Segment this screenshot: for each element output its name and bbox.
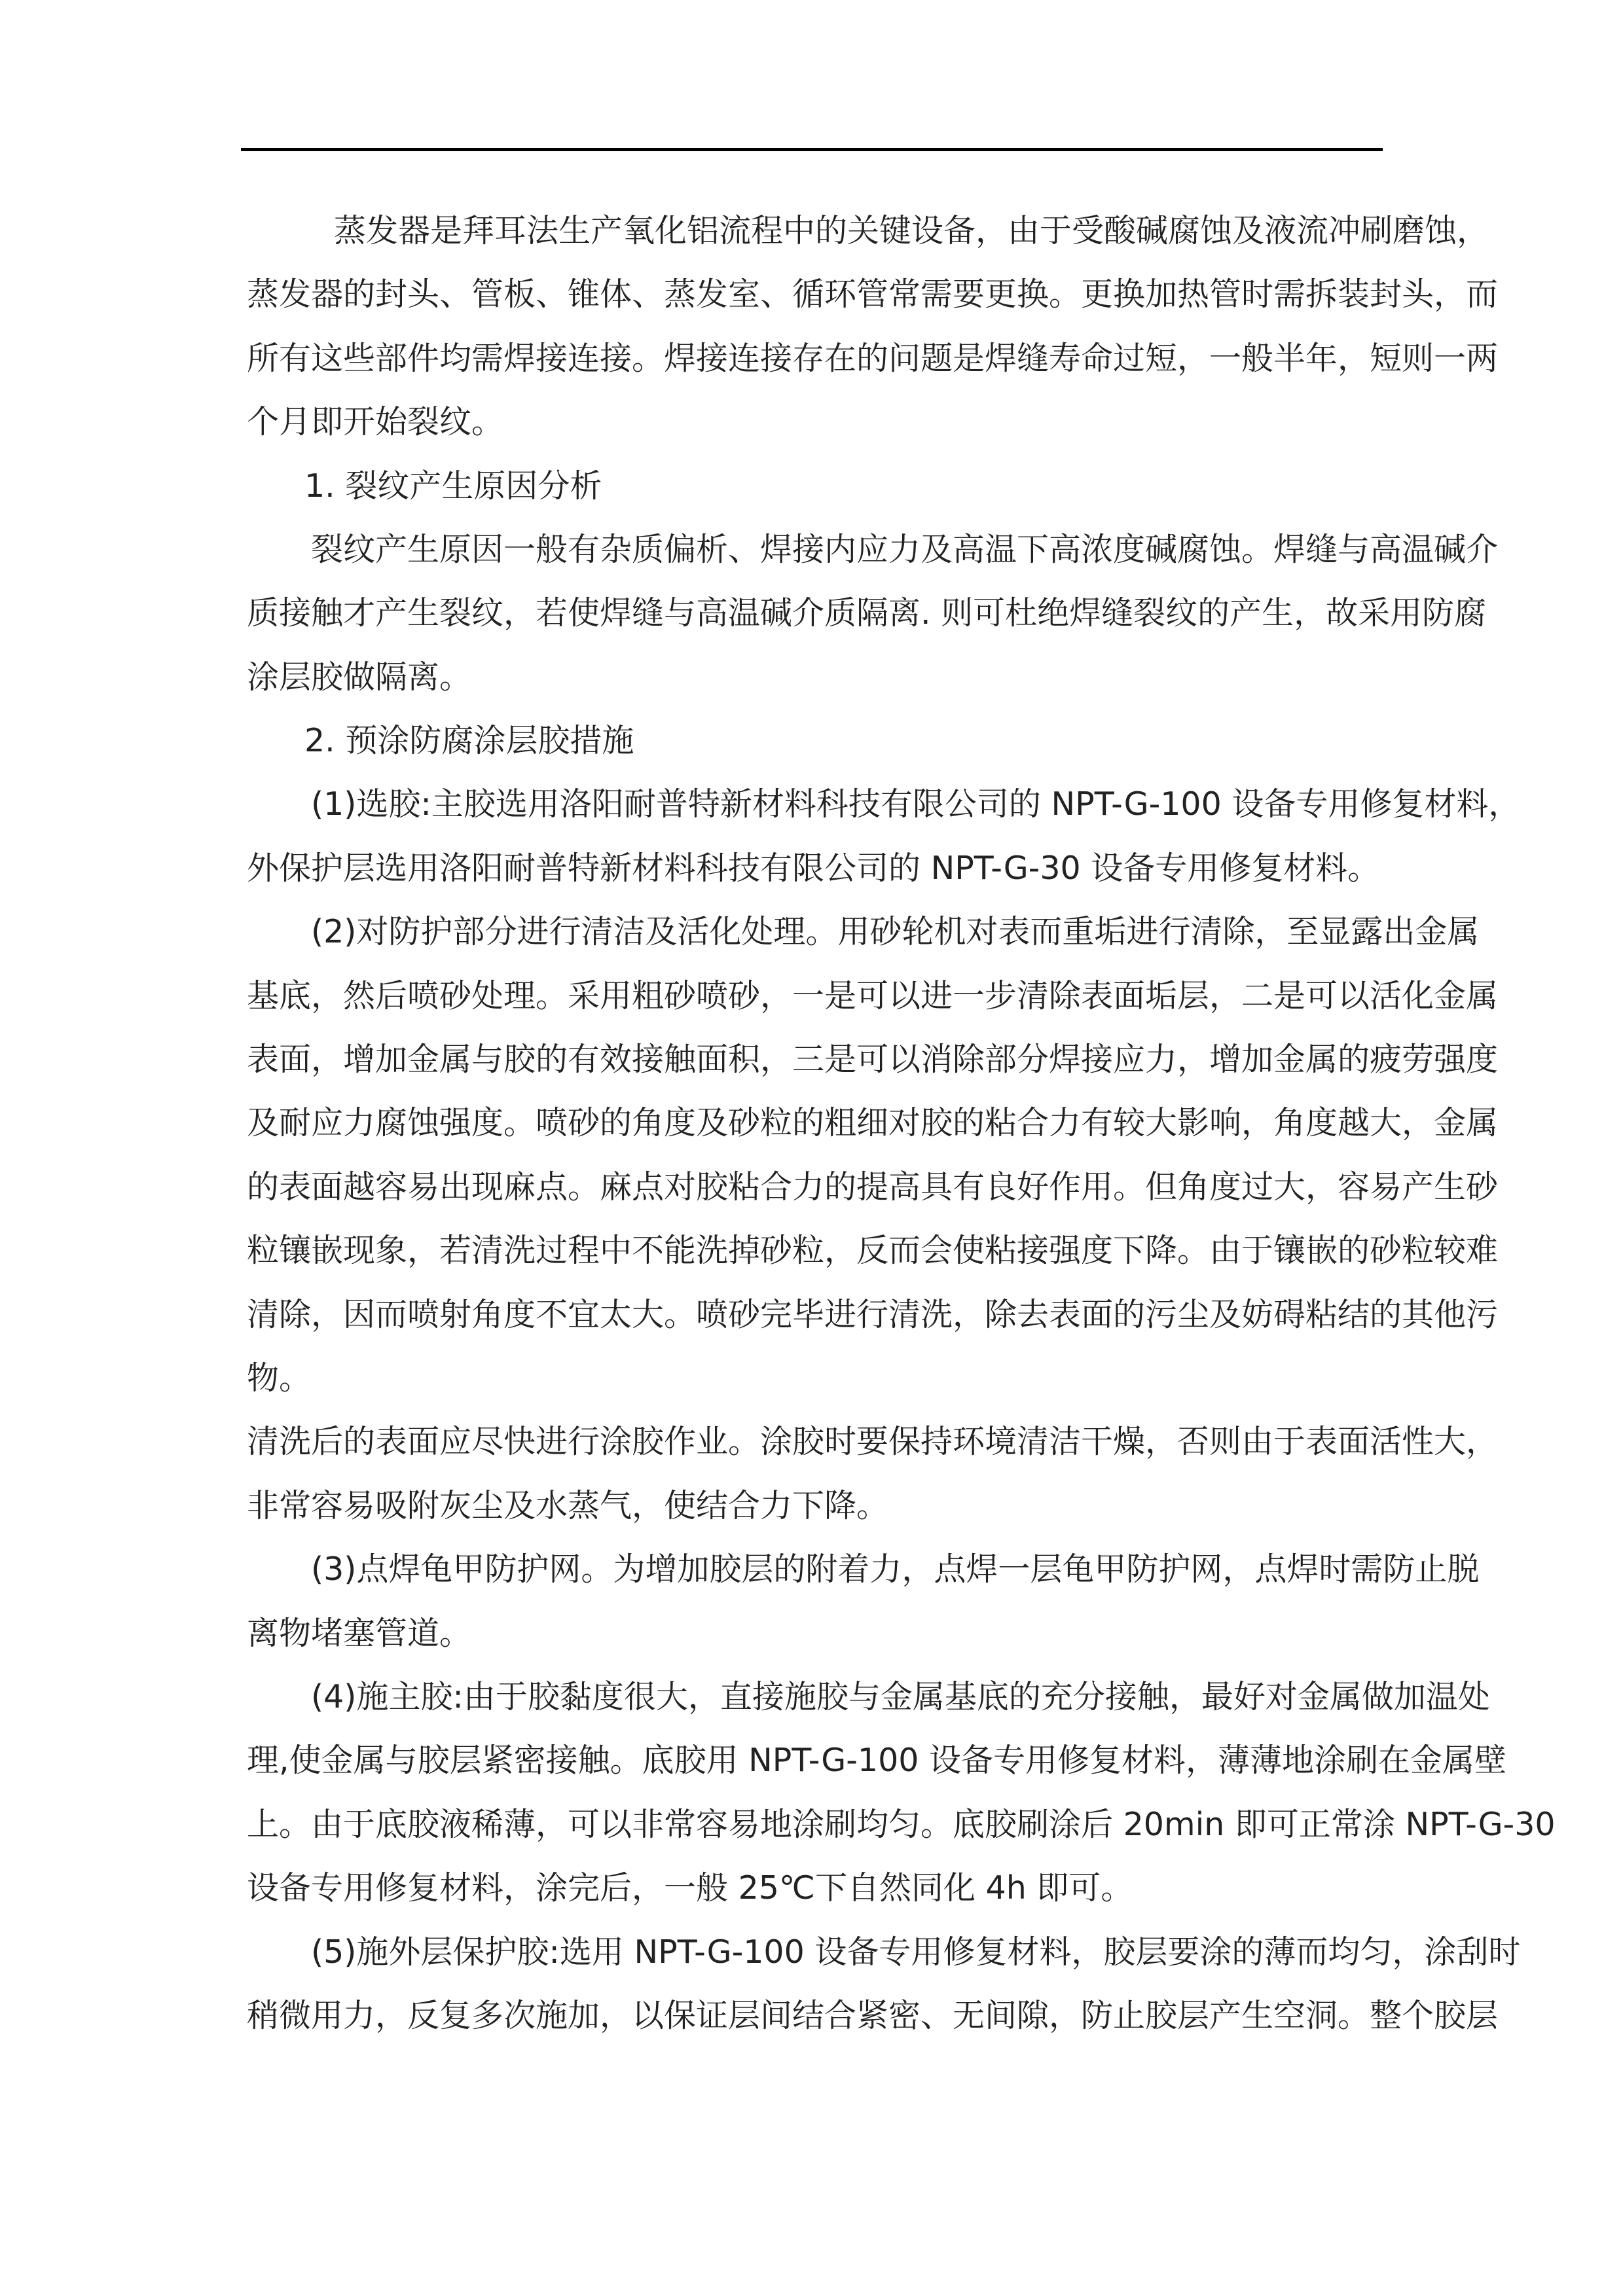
paragraph-step-2-line: (2)对防护部分进行清洁及活化处理。用砂轮机对表而重垢进行清除，至显露出金属 (311, 912, 1379, 952)
paragraph-step-2-line: 的表面越容易出现麻点。麻点对胶粘合力的提高具有良好作用。但角度过大，容易产生砂 (247, 1168, 1379, 1207)
paragraph-cause-line: 裂纹产生原因一般有杂质偏析、焊接内应力及高温下高浓度碱腐蚀。焊缝与高温碱介 (311, 530, 1379, 569)
paragraph-step-4-line: 设备专用修复材料，涂完后，一般 25℃下自然同化 4h 即可。 (247, 1869, 1379, 1908)
paragraph-cleaning-line: 清洗后的表面应尽快进行涂胶作业。涂胶时要保持环境清洁干燥，否则由于表面活性大， (247, 1422, 1379, 1462)
paragraph-step-2-line: 基底，然后喷砂处理。采用粗砂喷砂，一是可以进一步清除表面垢层，二是可以活化金属 (247, 977, 1379, 1016)
header-rule (241, 148, 1383, 151)
paragraph-step-4-line: 上。由于底胶液稀薄，可以非常容易地涂刷均匀。底胶刷涂后 20min 即可正常涂 … (247, 1805, 1379, 1844)
section-heading-1: 1. 裂纹产生原因分析 (304, 467, 1437, 506)
paragraph-intro-line: 个月即开始裂纹。 (247, 403, 1379, 442)
paragraph-step-1-line: (1)选胶:主胶选用洛阳耐普特新材料科技有限公司的 NPT-G-100 设备专用… (311, 785, 1379, 824)
paragraph-step-2-line: 粒镶嵌现象，若清洗过程中不能洗掉砂粒，反而会使粘接强度下降。由于镶嵌的砂粒较难 (247, 1231, 1379, 1270)
paragraph-cause-line: 涂层胶做隔离。 (247, 658, 1379, 697)
paragraph-intro-line: 蒸发器的封头、管板、锥体、蒸发室、循环管常需要更换。更换加热管时需拆装封头，而 (247, 275, 1379, 314)
paragraph-cleaning-line: 非常容易吸附灰尘及水蒸气，使结合力下降。 (247, 1486, 1379, 1526)
paragraph-step-1-line: 外保护层选用洛阳耐普特新材料科技有限公司的 NPT-G-30 设备专用修复材料。 (247, 849, 1379, 888)
paragraph-step-2-line: 物。 (247, 1359, 1379, 1398)
paragraph-step-5-line: (5)施外层保护胶:选用 NPT-G-100 设备专用修复材料，胶层要涂的薄而均… (311, 1933, 1379, 1972)
paragraph-step-4-line: (4)施主胶:由于胶黏度很大，直接施胶与金属基底的充分接触，最好对金属做加温处 (311, 1677, 1379, 1717)
paragraph-step-4-line: 理,使金属与胶层紧密接触。底胶用 NPT-G-100 设备专用修复材料，薄薄地涂… (247, 1741, 1379, 1780)
paragraph-step-2-line: 清除，因而喷射角度不宜太大。喷砂完毕进行清洗，除去表面的污尘及妨碍粘结的其他污 (247, 1295, 1379, 1335)
paragraph-step-5-line: 稍微用力，反复多次施加，以保证层间结合紧密、无间隙，防止胶层产生空洞。整个胶层 (247, 1996, 1379, 2036)
paragraph-step-2-line: 及耐应力腐蚀强度。喷砂的角度及砂粒的粗细对胶的粘合力有较大影响，角度越大，金属 (247, 1103, 1379, 1143)
paragraph-step-2-line: 表面，增加金属与胶的有效接触面积，三是可以消除部分焊接应力，增加金属的疲劳强度 (247, 1040, 1379, 1079)
paragraph-intro-line: 所有这些部件均需焊接连接。焊接连接存在的问题是焊缝寿命过短，一般半年，短则一两 (247, 339, 1379, 378)
paragraph-step-3-line: (3)点焊龟甲防护网。为增加胶层的附着力，点焊一层龟甲防护网，点焊时需防止脱 (311, 1550, 1379, 1589)
paragraph-intro-line: 蒸发器是拜耳法生产氧化铝流程中的关键设备，由于受酸碱腐蚀及液流冲刷磨蚀， (334, 211, 1379, 251)
section-heading-2: 2. 预涂防腐涂层胶措施 (304, 721, 1437, 761)
paragraph-cause-line: 质接触才产生裂纹，若使焊缝与高温碱介质隔离. 则可杜绝焊缝裂纹的产生，故采用防腐 (247, 594, 1379, 633)
document-page: 蒸发器是拜耳法生产氧化铝流程中的关键设备，由于受酸碱腐蚀及液流冲刷磨蚀， 蒸发器… (0, 0, 1623, 2296)
paragraph-step-3-line: 离物堵塞管道。 (247, 1614, 1379, 1653)
